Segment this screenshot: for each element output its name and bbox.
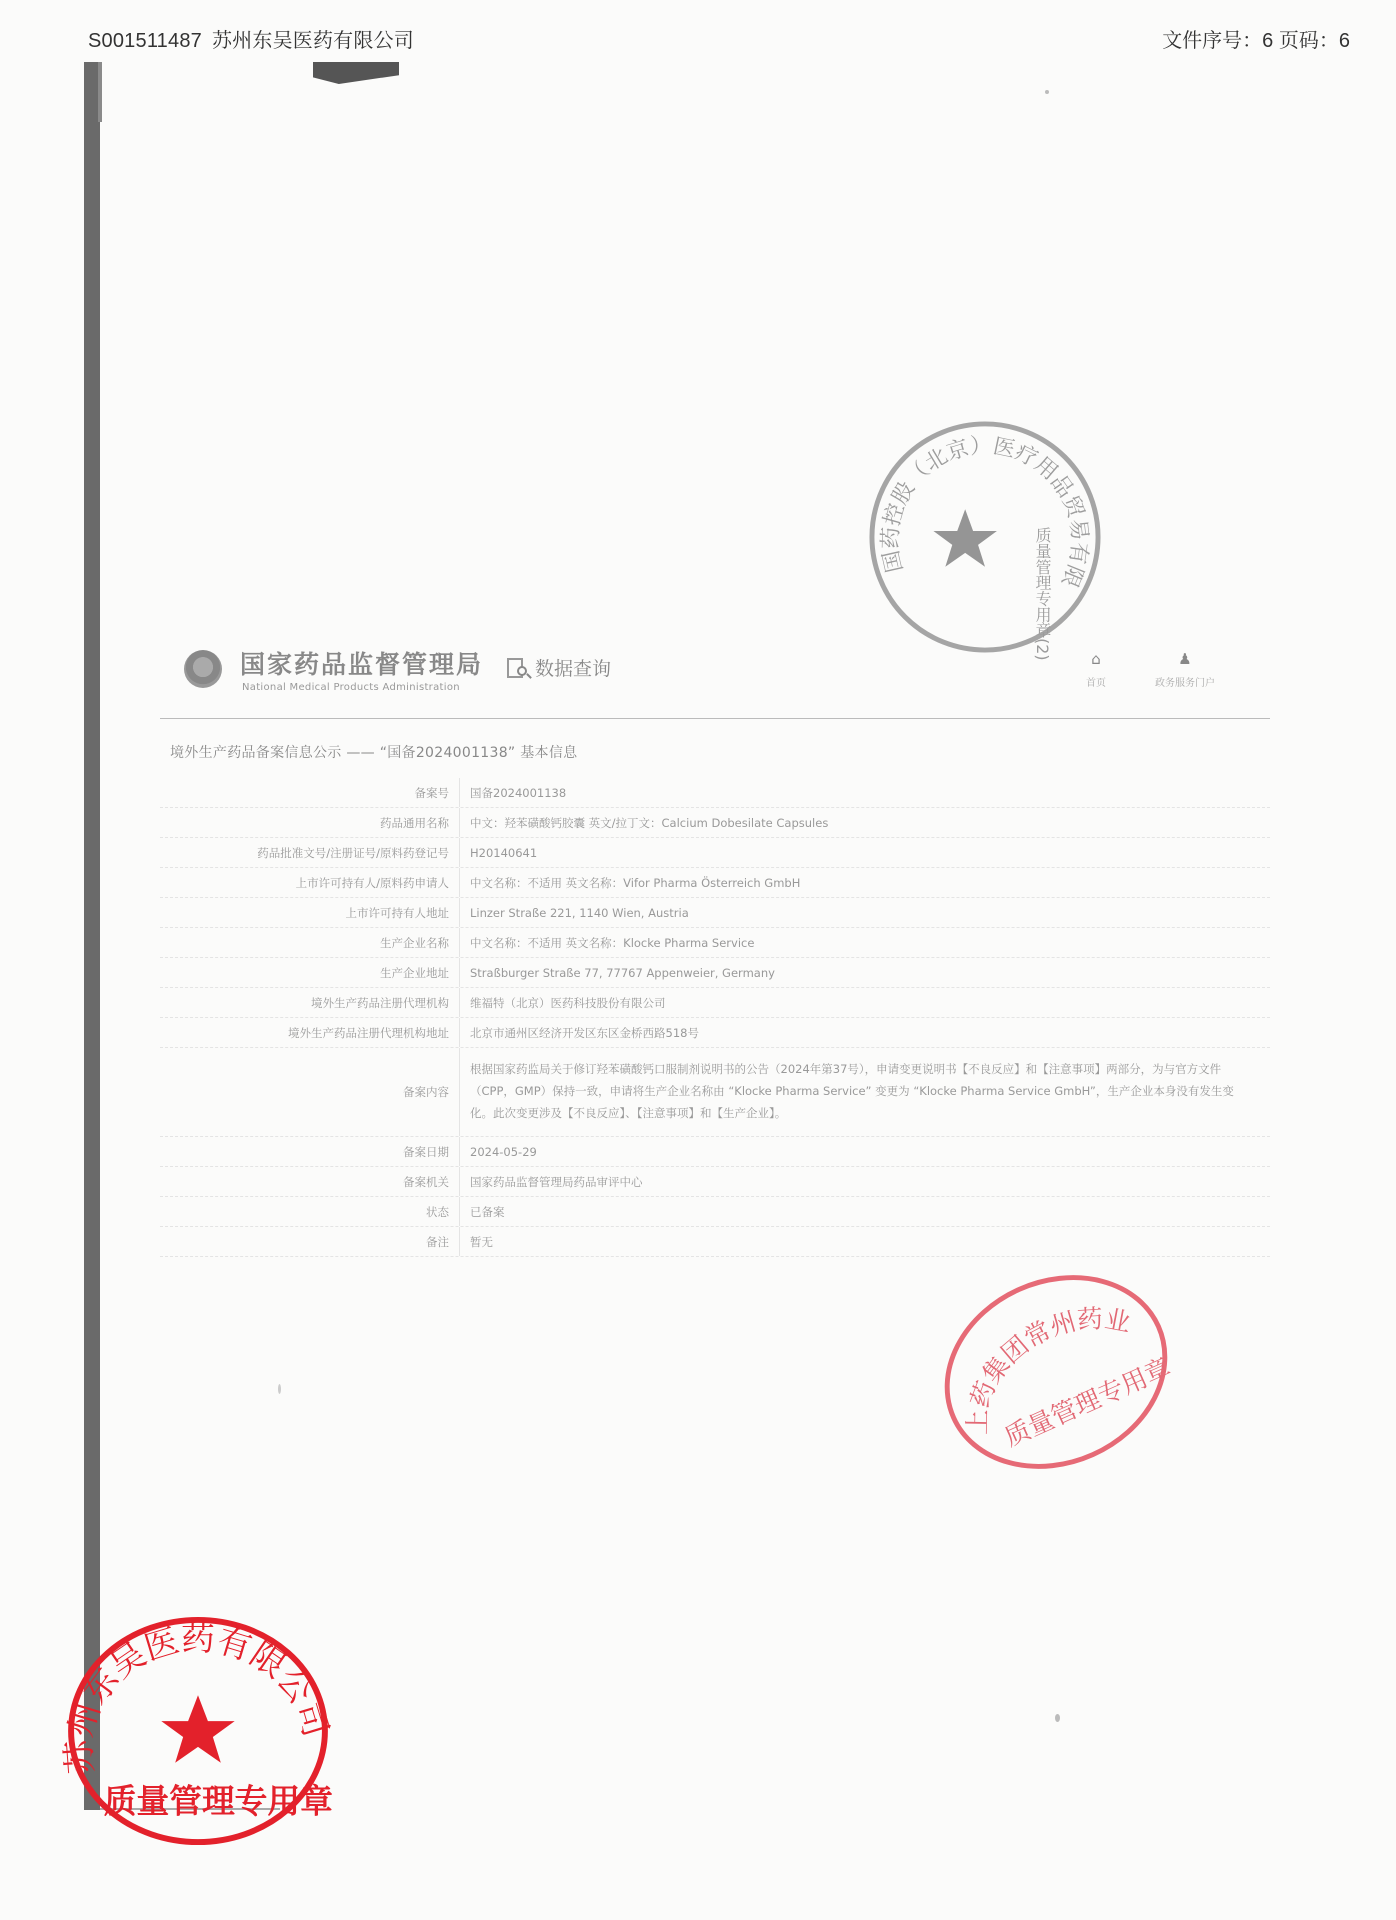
nav-home-label: 首页: [1076, 674, 1116, 689]
data-query-label: 数据查询: [535, 654, 611, 681]
info-value: 根据国家药监局关于修订羟苯磺酸钙口服制剂说明书的公告（2024年第37号），申请…: [460, 1048, 1270, 1136]
info-value: 已备案: [460, 1197, 1270, 1226]
info-row: 备案机关国家药品监督管理局药品审评中心: [160, 1167, 1270, 1197]
info-label: 上市许可持有人/原料药申请人: [160, 868, 460, 897]
info-value: 中文：羟苯磺酸钙胶囊 英文/拉丁文：Calcium Dobesilate Cap…: [460, 808, 1270, 837]
info-label: 备注: [160, 1227, 460, 1256]
national-emblem-icon: [184, 650, 222, 688]
info-label: 上市许可持有人地址: [160, 898, 460, 927]
scan-speck: [1045, 90, 1049, 94]
info-label: 备案号: [160, 778, 460, 807]
info-row: 生产企业地址Straßburger Straße 77, 77767 Appen…: [160, 958, 1270, 988]
info-row: 上市许可持有人地址Linzer Straße 221, 1140 Wien, A…: [160, 898, 1270, 928]
info-row: 生产企业名称中文名称：不适用 英文名称：Klocke Pharma Servic…: [160, 928, 1270, 958]
scan-speck: [278, 1384, 281, 1394]
info-row: 备案内容根据国家药监局关于修订羟苯磺酸钙口服制剂说明书的公告（2024年第37号…: [160, 1048, 1270, 1137]
info-value: 国家药品监督管理局药品审评中心: [460, 1167, 1270, 1196]
info-row: 药品批准文号/注册证号/原料药登记号H20140641: [160, 838, 1270, 868]
info-label: 生产企业名称: [160, 928, 460, 957]
info-value: H20140641: [460, 838, 1270, 867]
nmpa-brand-en: National Medical Products Administration: [242, 682, 460, 693]
pink-seal-stamp: 上药集团常州药业股份有限公司 质量管理专用章: [908, 1233, 1205, 1512]
info-title: 境外生产药品备案信息公示 —— “国备2024001138” 基本信息: [170, 742, 577, 762]
info-label: 药品批准文号/注册证号/原料药登记号: [160, 838, 460, 867]
info-value: 中文名称：不适用 英文名称：Vifor Pharma Österreich Gm…: [460, 868, 1270, 897]
info-value: 维福特（北京）医药科技股份有限公司: [460, 988, 1270, 1017]
nmpa-screenshot: 国家药品监督管理局 National Medical Products Admi…: [160, 630, 1270, 1250]
header-divider: [160, 718, 1270, 719]
info-label: 境外生产药品注册代理机构: [160, 988, 460, 1017]
info-row: 状态已备案: [160, 1197, 1270, 1227]
info-table: 备案号国备2024001138药品通用名称中文：羟苯磺酸钙胶囊 英文/拉丁文：C…: [160, 778, 1270, 1257]
info-row: 上市许可持有人/原料药申请人中文名称：不适用 英文名称：Vifor Pharma…: [160, 868, 1270, 898]
info-value: 国备2024001138: [460, 778, 1270, 807]
info-value: 中文名称：不适用 英文名称：Klocke Pharma Service: [460, 928, 1270, 957]
nmpa-brand-cn: 国家药品监督管理局: [240, 645, 483, 681]
svg-text:质量管理专用章: 质量管理专用章: [104, 1782, 333, 1820]
user-icon: ♟: [1135, 650, 1235, 668]
info-label: 备案内容: [160, 1048, 460, 1136]
info-row: 境外生产药品注册代理机构地址北京市通州区经济开发区东区金桥西路518号: [160, 1018, 1270, 1048]
svg-text:质量管理专用章(2): 质量管理专用章(2): [1033, 527, 1052, 661]
info-row: 备案日期2024-05-29: [160, 1137, 1270, 1167]
data-query-link[interactable]: 数据查询: [505, 654, 611, 681]
data-search-icon: [505, 655, 531, 681]
info-label: 境外生产药品注册代理机构地址: [160, 1018, 460, 1047]
document-id: S001511487苏州东吴医药有限公司: [88, 24, 414, 53]
info-value: 2024-05-29: [460, 1137, 1270, 1166]
info-row: 药品通用名称中文：羟苯磺酸钙胶囊 英文/拉丁文：Calcium Dobesila…: [160, 808, 1270, 838]
info-value: 北京市通州区经济开发区东区金桥西路518号: [460, 1018, 1270, 1047]
info-label: 药品通用名称: [160, 808, 460, 837]
svg-text:国药控股（北京）医疗用品贸易有限公司: 国药控股（北京）医疗用品贸易有限公司: [855, 399, 1092, 591]
red-seal-stamp: 苏州东吴医药有限公司 质量管理专用章: [64, 1614, 332, 1848]
scan-left-border: [84, 62, 100, 1810]
info-label: 备案日期: [160, 1137, 460, 1166]
info-label: 备案机关: [160, 1167, 460, 1196]
info-value: 暂无: [460, 1227, 1270, 1256]
info-row: 境外生产药品注册代理机构维福特（北京）医药科技股份有限公司: [160, 988, 1270, 1018]
scan-top-mark: [313, 62, 399, 84]
info-label: 生产企业地址: [160, 958, 460, 987]
page-header: S001511487苏州东吴医药有限公司 文件序号：6 页码：6: [0, 22, 1396, 52]
page-info: 文件序号：6 页码：6: [1162, 24, 1350, 53]
document-number: S001511487: [88, 30, 202, 52]
info-row: 备案号国备2024001138: [160, 778, 1270, 808]
nav-service-portal-label: 政务服务门户: [1135, 674, 1235, 689]
info-label: 状态: [160, 1197, 460, 1226]
scan-speck: [1055, 1714, 1060, 1722]
nav-service-portal[interactable]: ♟ 政务服务门户: [1135, 650, 1235, 689]
info-value: Straßburger Straße 77, 77767 Appenweier,…: [460, 958, 1270, 987]
company-name: 苏州东吴医药有限公司: [212, 30, 414, 52]
info-value: Linzer Straße 221, 1140 Wien, Austria: [460, 898, 1270, 927]
grey-seal-stamp: 国药控股（北京）医疗用品贸易有限公司 质量管理专用章(2): [866, 418, 1104, 656]
